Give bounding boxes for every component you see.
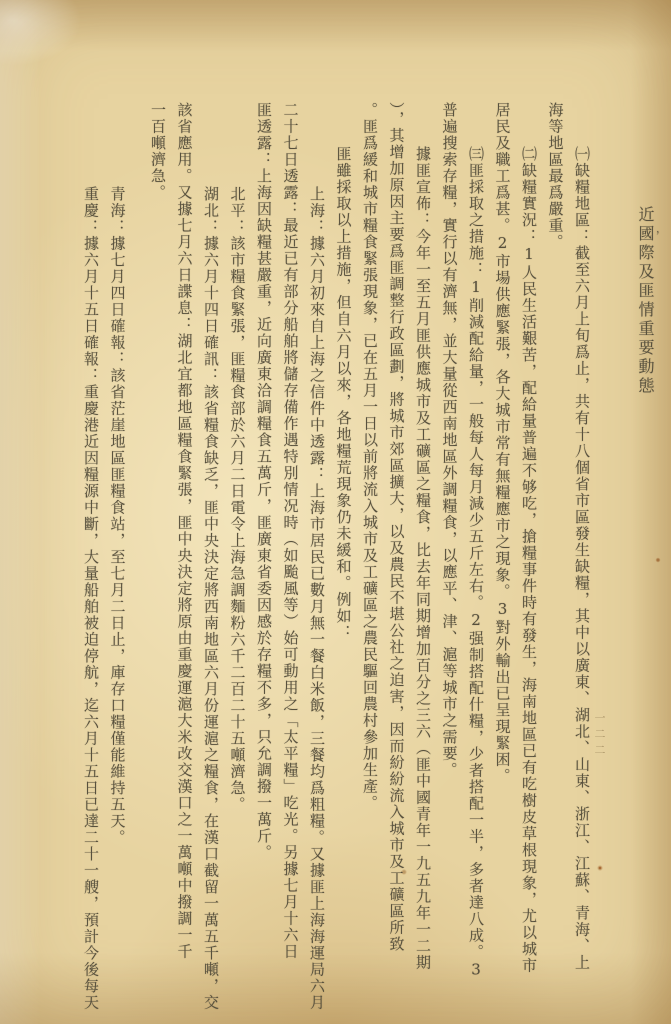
text-column: 海等地區最爲嚴重。 (542, 102, 569, 1018)
document-page: ， 近國際及匪情重要動態 一二二 ㈠缺糧地區：截至六月上旬爲止，共有十八個省市區… (0, 0, 671, 1024)
text-column: 匪雖採取以上措施，但自六月以來，各地糧荒現象仍未緩和。例如： (330, 102, 357, 1018)
text-column: 二十七日透露：最近已有部分船舶將儲存備作遇特別情况時（如颱風等）始可動用之「太平… (277, 102, 304, 1018)
text-column: 重慶：據六月十五日確報：重慶港近因糧源中斷，大量船舶被迫停航，迄六月十五日已達二… (78, 102, 105, 1018)
text-column: 據匪宣佈：今年一至五月匪供應城市及工礦區之糧食，比去年同期增加百分之三六（匪中國… (410, 102, 437, 1018)
text-column: 一百噸濟急。 (145, 102, 172, 1018)
text-column: 上海：據六月初來自上海之信件中透露：上海市居民已數月無一餐白米飯，三餐均爲粗糧。… (304, 102, 331, 1018)
text-columns: ㈠缺糧地區：截至六月上旬爲止，共有十八個省市區發生缺糧，其中以廣東、湖北、山東、… (73, 102, 595, 1018)
text-column: ㈡缺糧實況：1人民生活艱苦，配給量普遍不够吃，搶糧事件時有發生，海南地區已有吃樹… (516, 102, 543, 1018)
text-column: ㈠缺糧地區：截至六月上旬爲止，共有十八個省市區發生缺糧，其中以廣東、湖北、山東、… (569, 102, 596, 1018)
text-column: 北平：該市糧食緊張，匪糧食部於六月二日電令上海急調麵粉六千二百二十五噸濟急。 (224, 102, 251, 1018)
text-column: 。匪爲緩和城市糧食緊張現象，已在五月一日以前將流入城市及工礦區之農民驅回農村參加… (357, 102, 384, 1018)
text-column: 居民及職工爲甚。2市場供應緊張，各大城市常有無糧應市之現象。3對外輸出已呈現緊困… (489, 102, 516, 1018)
document-title: 近國際及匪情重要動態 (634, 206, 657, 826)
ink-mark: ， (656, 220, 667, 236)
text-column: ），其增加原因主要爲匪調整行政區劃，將城市郊區擴大，以及農民不堪公社之迫害，因而… (383, 102, 410, 1018)
text-column: 青海：據七月四日確報：該省茫崖地區匪糧食站，至七月二日止，庫存口糧僅能維持五天。 (104, 102, 131, 1018)
text-column: 普遍搜索存糧，實行以有濟無，並大量從西南地區外調糧食，以應平、津、滬等城市之需要… (436, 102, 463, 1018)
text-column: 該省應用。又據七月六日諜息：湖北宜都地區糧食緊張，匪中央決定將原由重慶運滬大米改… (171, 102, 198, 1018)
text-column: 湖北：據六月十四日確訊：該省糧食缺乏，匪中央決定將西南地區六月份運滬之糧食，在漢… (198, 102, 225, 1018)
text-column: ㈢匪採取之措施：1削減配給量，一般每人每月減少五斤左右。2强制搭配什糧，少者搭配… (463, 102, 490, 1018)
text-column: 匪透露：上海因缺糧甚嚴重，近向廣東洽調糧食五萬斤，匪廣東省委因感於存糧不多，只允… (251, 102, 278, 1018)
